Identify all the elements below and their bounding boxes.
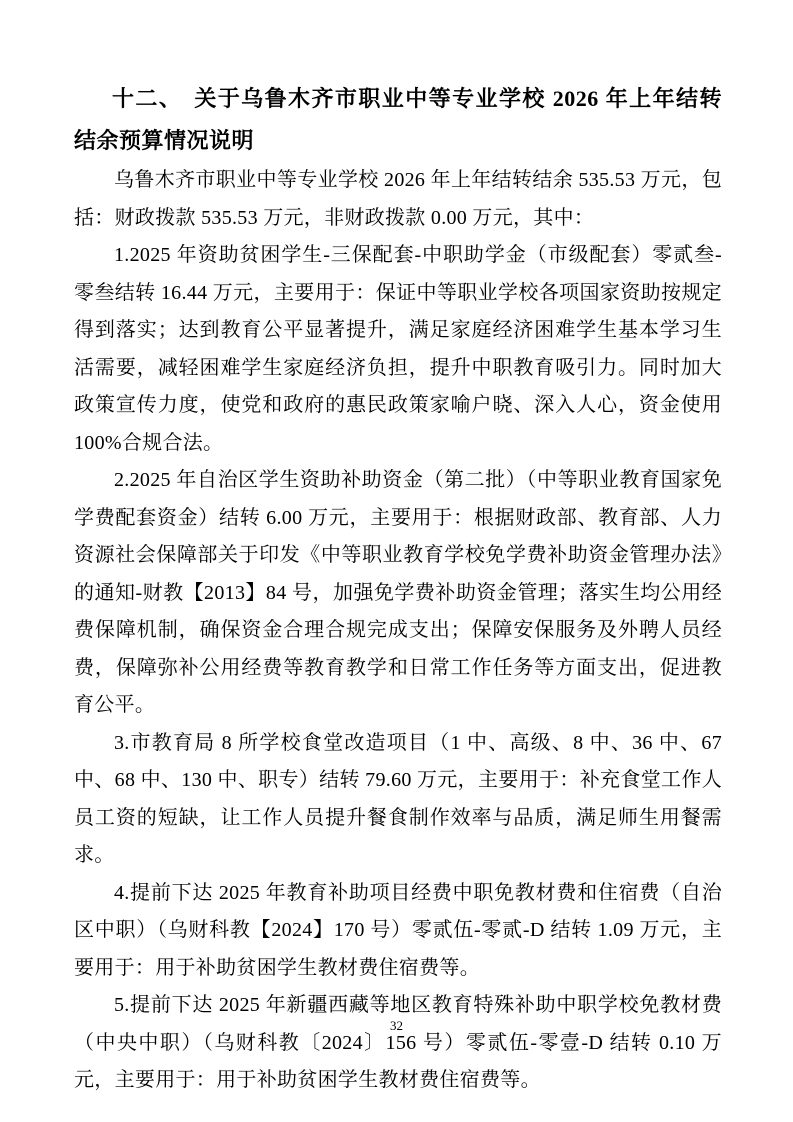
- paragraph-summary: 乌鲁木齐市职业中等专业学校 2026 年上年结转结余 535.53 万元，包括：…: [74, 162, 722, 237]
- paragraph-item-4: 4.提前下达 2025 年教育补助项目经费中职免教材费和住宿费（自治区中职）（乌…: [74, 875, 722, 988]
- document-content: 十二、关于乌鲁木齐市职业中等专业学校 2026 年上年结转结余预算情况说明 乌鲁…: [0, 0, 793, 1100]
- paragraph-item-1: 1.2025 年资助贫困学生-三保配套-中职助学金（市级配套）零贰叁-零叁结转 …: [74, 237, 722, 462]
- page-number: 32: [0, 1018, 793, 1034]
- document-page: 十二、关于乌鲁木齐市职业中等专业学校 2026 年上年结转结余预算情况说明 乌鲁…: [0, 0, 793, 1122]
- section-number: 十二、: [112, 86, 182, 111]
- paragraph-item-2: 2.2025 年自治区学生资助补助资金（第二批）（中等职业教育国家免学费配套资金…: [74, 462, 722, 725]
- section-heading: 十二、关于乌鲁木齐市职业中等专业学校 2026 年上年结转结余预算情况说明: [74, 78, 722, 162]
- paragraph-item-3: 3.市教育局 8 所学校食堂改造项目（1 中、高级、8 中、36 中、67 中、…: [74, 725, 722, 875]
- paragraph-item-5: 5.提前下达 2025 年新疆西藏等地区教育特殊补助中职学校免教材费（中央中职）…: [74, 987, 722, 1100]
